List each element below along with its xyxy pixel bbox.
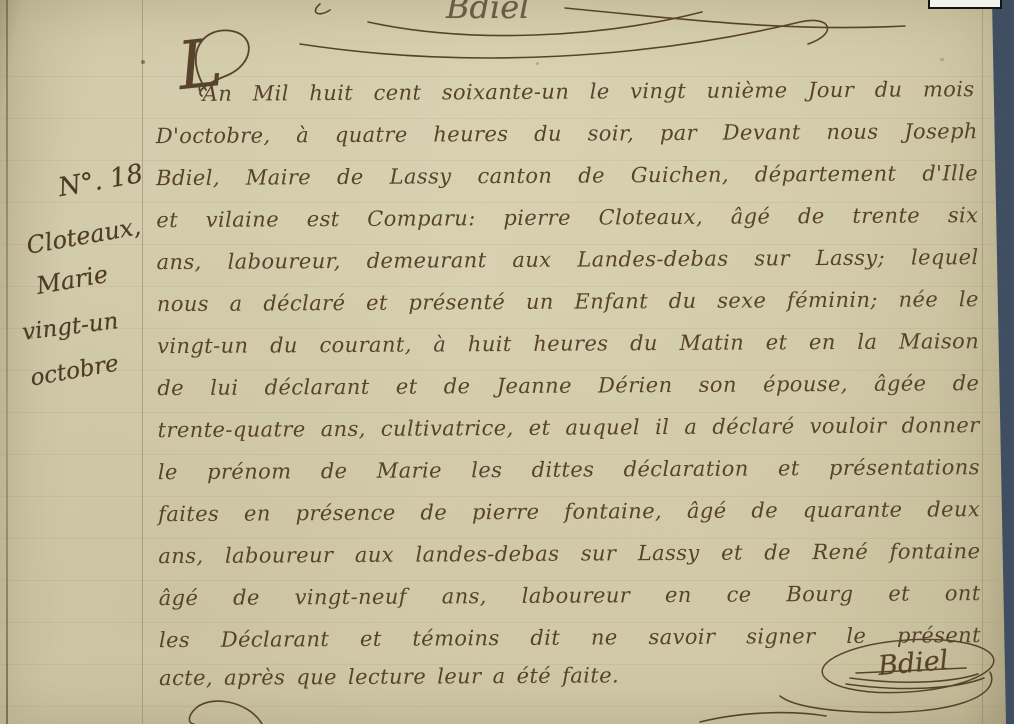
page-edge-crease — [982, 0, 983, 724]
dust-speck — [141, 60, 145, 64]
previous-signature-text: Bdiel — [446, 0, 529, 26]
dust-speck — [940, 58, 944, 61]
record-line: faites en présence de pierre fontaine, â… — [158, 497, 980, 526]
record-line: ans, laboureur, demeurant aux Landes-deb… — [157, 245, 979, 274]
record-line: D'octobre, à quatre heures du soir, par … — [156, 119, 978, 148]
record-line: et vilaine est Comparu: pierre Cloteaux,… — [156, 203, 978, 232]
register-page-scan: N°. 18 Cloteaux, Marie vingt-un octobre … — [0, 0, 1014, 724]
record-line: âgé de vingt-neuf ans, laboureur en ce B… — [159, 581, 981, 610]
record-line: 'An Mil huit cent soixante-un le vingt u… — [196, 77, 974, 106]
record-line: les Déclarant et témoins dit ne savoir s… — [159, 623, 981, 652]
corner-label-fragment — [928, 0, 1002, 9]
record-line: de lui déclarant et de Jeanne Dérien son… — [157, 371, 979, 400]
dust-speck — [536, 62, 539, 65]
record-line: trente-quatre ans, cultivatrice, et auqu… — [158, 413, 980, 442]
record-line: vingt-un du courant, à huit heures du Ma… — [157, 329, 979, 358]
record-line: Bdiel, Maire de Lassy canton de Guichen,… — [156, 161, 978, 190]
record-line: nous a déclaré et présenté un Enfant du … — [157, 287, 979, 316]
margin-rule-line — [142, 0, 143, 724]
record-line: ans, laboureur aux landes-debas sur Lass… — [158, 539, 980, 568]
official-signature-text: Bdiel — [877, 645, 950, 682]
record-line: le prénom de Marie les dittes déclaratio… — [158, 455, 980, 484]
record-line: acte, après que lecture leur a été faite… — [159, 663, 619, 690]
